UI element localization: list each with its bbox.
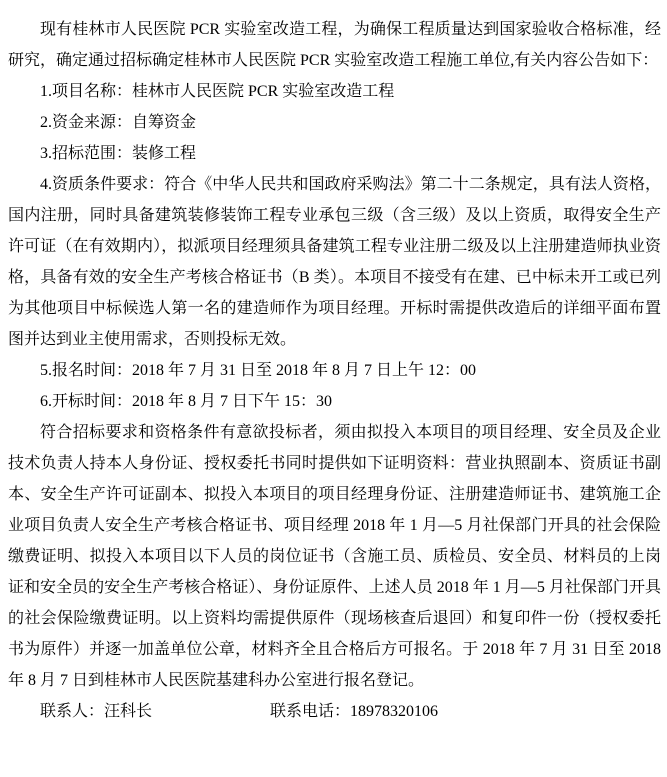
contact-person: 联系人：汪科长	[40, 703, 152, 720]
item-bidding-scope: 3.招标范围：装修工程	[8, 138, 661, 169]
contact-line: 联系人：汪科长联系电话：18978320106	[8, 696, 661, 727]
contact-person-label: 联系人：	[40, 703, 104, 720]
contact-phone-number: 18978320106	[350, 703, 438, 720]
item-project-name: 1.项目名称：桂林市人民医院 PCR 实验室改造工程	[8, 76, 661, 107]
item-registration-time: 5.报名时间：2018 年 7 月 31 日至 2018 年 8 月 7 日上午…	[8, 355, 661, 386]
contact-phone: 联系电话：18978320106	[270, 703, 438, 720]
announcement-document: 现有桂林市人民医院 PCR 实验室改造工程，为确保工程质量达到国家验收合格标准，…	[0, 0, 667, 777]
intro-paragraph: 现有桂林市人民医院 PCR 实验室改造工程，为确保工程质量达到国家验收合格标准，…	[8, 14, 661, 76]
item-funding-source: 2.资金来源：自筹资金	[8, 107, 661, 138]
contact-phone-label: 联系电话：	[270, 703, 350, 720]
registration-requirements-paragraph: 符合招标要求和资格条件有意欲投标者，须由拟投入本项目的项目经理、安全员及企业技术…	[8, 417, 661, 696]
item-qualification-requirements: 4.资质条件要求：符合《中华人民共和国政府采购法》第二十二条规定，具有法人资格，…	[8, 169, 661, 355]
contact-person-name: 汪科长	[104, 703, 152, 720]
item-bid-opening-time: 6.开标时间：2018 年 8 月 7 日下午 15：30	[8, 386, 661, 417]
